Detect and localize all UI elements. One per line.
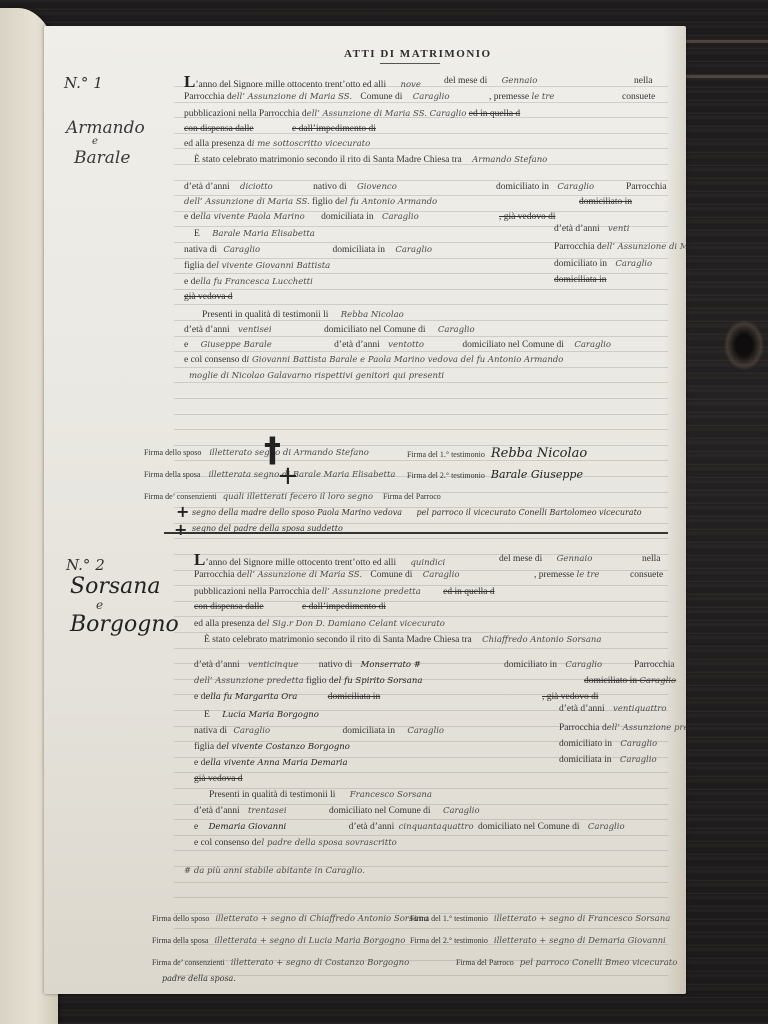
ruled-line bbox=[174, 336, 668, 337]
signature-consenting: Firma de’ consenzienti illetterato + seg… bbox=[152, 958, 409, 968]
parrocchia-label: Parrocchia bbox=[634, 660, 675, 670]
ruled-line bbox=[174, 585, 668, 586]
bride-mother-domicile: domiciliata in Caraglio bbox=[559, 755, 657, 765]
signature-groom: Firma dello sposo illetterato + segno di… bbox=[152, 914, 429, 924]
bride-father-domicile: domiciliato in Caraglio bbox=[554, 259, 652, 269]
witness1-line: d’età d’anni ventisei domiciliato nel Co… bbox=[184, 325, 475, 335]
ruled-line bbox=[174, 632, 668, 633]
footnote: # da più anni stabile abitante in Caragl… bbox=[184, 866, 365, 876]
margin-name-conj: e bbox=[96, 598, 103, 612]
wood-knot bbox=[724, 320, 764, 370]
cross-mark-icon: + bbox=[176, 502, 189, 521]
widow-field: già vedova d bbox=[184, 292, 233, 302]
register-page: ATTI DI MATRIMONIO N.° 1 Armando e Baral… bbox=[44, 26, 686, 994]
margin-name-groom: Armando bbox=[66, 118, 145, 138]
widow-field: già vedova d bbox=[194, 774, 243, 784]
groom-age-line: d’età d’anni venticinque nativo di Monse… bbox=[194, 660, 421, 670]
page-title: ATTI DI MATRIMONIO bbox=[344, 48, 492, 60]
intro-line-6: È stato celebrato matrimonio secondo il … bbox=[204, 635, 601, 645]
signature-witness2: Firma del 2.° testimonio illetterato + s… bbox=[410, 936, 666, 946]
intro-line-4: con dispensa dalle e dall’impedimento di bbox=[184, 124, 376, 134]
bride-birthplace-line: nativa di Caraglio domiciliata in Caragl… bbox=[194, 726, 444, 736]
intro-line-1: L’anno del Signore mille ottocento trent… bbox=[184, 72, 421, 92]
margin-name-groom: Sorsana bbox=[70, 574, 161, 599]
ruled-line bbox=[174, 897, 668, 898]
ruled-line bbox=[174, 382, 668, 383]
cross-mark-icon: + bbox=[174, 520, 187, 539]
margin-name-bride: Barale bbox=[74, 148, 130, 168]
widower-field: , già vedovo di bbox=[499, 212, 555, 222]
bride-age: d’età d’anni ventiquattro bbox=[559, 704, 666, 714]
signature-note-1: segno della madre dello sposo Paola Mari… bbox=[192, 508, 642, 517]
ruled-line bbox=[174, 304, 668, 305]
consent-line: e col consenso del padre della sposa sov… bbox=[194, 838, 397, 848]
bride-name-line: E Lucia Maria Borgogno bbox=[204, 710, 319, 720]
bride-age: d’età d’anni venti bbox=[554, 224, 629, 234]
bride-father-line: figlia del vivente Costanzo Borgogno bbox=[194, 742, 350, 752]
struck-domicile: domiciliata in bbox=[554, 275, 607, 285]
margin-name-conj: e bbox=[92, 136, 98, 147]
intro-line-3: pubblicazioni nella Parrocchia dell’ Ass… bbox=[184, 109, 520, 119]
consent-line: e col consenso di Giovanni Battista Bara… bbox=[184, 355, 563, 365]
groom-mother-line: e della fu Margarita Ora domiciliata in bbox=[194, 692, 380, 702]
signature-consenting-2: padre della sposa. bbox=[162, 974, 236, 983]
bride-mother-line: e della vivente Anna Maria Demaria bbox=[194, 758, 348, 768]
ruled-line bbox=[174, 882, 668, 883]
witness2-line: e Giuseppe Barale d’età d’anni ventotto … bbox=[184, 340, 611, 350]
ruled-line bbox=[174, 289, 668, 290]
witness1-line: d’età d’anni trentasei domiciliato nel C… bbox=[194, 806, 480, 816]
signature-bride: Firma della sposa illetterata segno di B… bbox=[144, 470, 395, 480]
ruled-line bbox=[174, 320, 668, 321]
signature-parish-priest: Firma del Parroco pel parroco Conelli Bm… bbox=[456, 958, 677, 968]
intro-line-1: L’anno del Signore mille ottocento trent… bbox=[194, 550, 445, 570]
bride-father-domicile: domiciliato in Caraglio bbox=[559, 739, 657, 749]
signature-witness2: Firma del 2.° testimonio Barale Giuseppe bbox=[407, 468, 583, 481]
margin-name-bride: Borgogno bbox=[70, 612, 179, 637]
ruled-line bbox=[174, 429, 668, 430]
intro-line-3: pubblicazioni nella Parrocchia dell’ Ass… bbox=[194, 587, 495, 597]
witnesses-line: Presenti in qualità di testimonii li Reb… bbox=[202, 310, 404, 320]
ruled-line bbox=[174, 351, 668, 352]
groom-father-line: dell’ Assunzione predetta figlio del fu … bbox=[194, 676, 422, 686]
premesse-field: , premesse le tre bbox=[489, 92, 554, 102]
intro-line-4: con dispensa dalle e dall’impedimento di bbox=[194, 602, 386, 612]
bride-mother-line: e della fu Francesca Lucchetti bbox=[184, 277, 313, 287]
title-rule bbox=[380, 63, 440, 64]
nella-label: nella bbox=[634, 76, 652, 86]
signature-consenting: Firma de’ consenzienti quali illetterati… bbox=[144, 492, 441, 502]
premesse-field: , premesse le tre bbox=[534, 570, 599, 580]
intro-line-2: Parrocchia dell’ Assunzione di Maria SS.… bbox=[194, 570, 459, 580]
signature-groom: Firma dello sposo illetterato segno di A… bbox=[144, 448, 369, 458]
groom-father-line: dell’ Assunzione di Maria SS. figlio del… bbox=[184, 197, 437, 207]
month-field: del mese di Gennaio bbox=[499, 554, 592, 564]
record-divider bbox=[164, 532, 668, 534]
ruled-line bbox=[174, 273, 668, 274]
record-number: N.° 2 bbox=[66, 556, 105, 574]
struck-domicile: domiciliato in bbox=[579, 197, 632, 207]
widower-field: , già vedovo di bbox=[542, 692, 598, 702]
bride-birthplace-line: nativa di Caraglio domiciliata in Caragl… bbox=[184, 245, 432, 255]
bride-parish: Parrocchia dell’ Assunzione predetta bbox=[559, 723, 686, 733]
signature-witness1: Firma del 1.° testimonio Rebba Nicolao bbox=[407, 446, 587, 461]
ruled-line bbox=[174, 819, 668, 820]
witnesses-line: Presenti in qualità di testimonii li Fra… bbox=[209, 790, 432, 800]
ruled-line bbox=[174, 414, 668, 415]
bride-father-line: figlia del vivente Giovanni Battista bbox=[184, 261, 330, 271]
ruled-line bbox=[174, 648, 668, 649]
groom-mother-line: e della vivente Paola Marino domiciliata… bbox=[184, 212, 419, 222]
month-field: del mese di Gennaio bbox=[444, 76, 537, 86]
groom-domicile: domiciliato in Caraglio bbox=[504, 660, 602, 670]
ruled-line bbox=[174, 195, 668, 196]
ruled-line bbox=[174, 928, 668, 929]
ruled-line bbox=[174, 398, 668, 399]
ruled-line bbox=[174, 538, 668, 539]
intro-line-2: Parrocchia dell’ Assunzione di Maria SS.… bbox=[184, 92, 449, 102]
consuete-label: consuete bbox=[630, 570, 663, 580]
ruled-line bbox=[174, 975, 668, 976]
ruled-line bbox=[174, 102, 668, 103]
groom-domicile: domiciliato in Caraglio bbox=[496, 182, 594, 192]
ruled-line bbox=[174, 772, 668, 773]
ruled-line bbox=[174, 804, 668, 805]
witness2-line: e Demaria Giovanni d’età d’anni cinquant… bbox=[194, 822, 625, 832]
ruled-line bbox=[174, 367, 668, 368]
cross-mark-icon: + bbox=[277, 461, 299, 491]
bride-parish: Parrocchia dell’ Assunzione di Maria SS. bbox=[554, 242, 686, 252]
signature-witness1: Firma del 1.° testimonio illetterato + s… bbox=[410, 914, 670, 924]
intro-line-5: ed alla presenza del Sig.r Don D. Damian… bbox=[194, 619, 445, 629]
struck-domicile: domiciliato in Caraglio bbox=[584, 676, 676, 686]
ruled-line bbox=[174, 616, 668, 617]
signature-bride: Firma della sposa illetterata + segno di… bbox=[152, 936, 405, 946]
parrocchia-label: Parrocchia bbox=[626, 182, 667, 192]
intro-line-6: È stato celebrato matrimonio secondo il … bbox=[194, 155, 547, 165]
ruled-line bbox=[174, 850, 668, 851]
ruled-line bbox=[174, 788, 668, 789]
bride-name-line: E Barale Maria Elisabetta bbox=[194, 229, 315, 239]
ruled-line bbox=[174, 835, 668, 836]
consuete-label: consuete bbox=[622, 92, 655, 102]
consent-line-2: moglie di Nicolao Galavarno rispettivi g… bbox=[189, 371, 444, 381]
nella-label: nella bbox=[642, 554, 660, 564]
record-number: N.° 1 bbox=[64, 74, 103, 92]
ruled-line bbox=[174, 180, 668, 181]
groom-age-line: d’età d’anni diciotto nativo di Giovenco bbox=[184, 182, 397, 192]
intro-line-5: ed alla presenza di me sottoscritto vice… bbox=[184, 139, 370, 149]
